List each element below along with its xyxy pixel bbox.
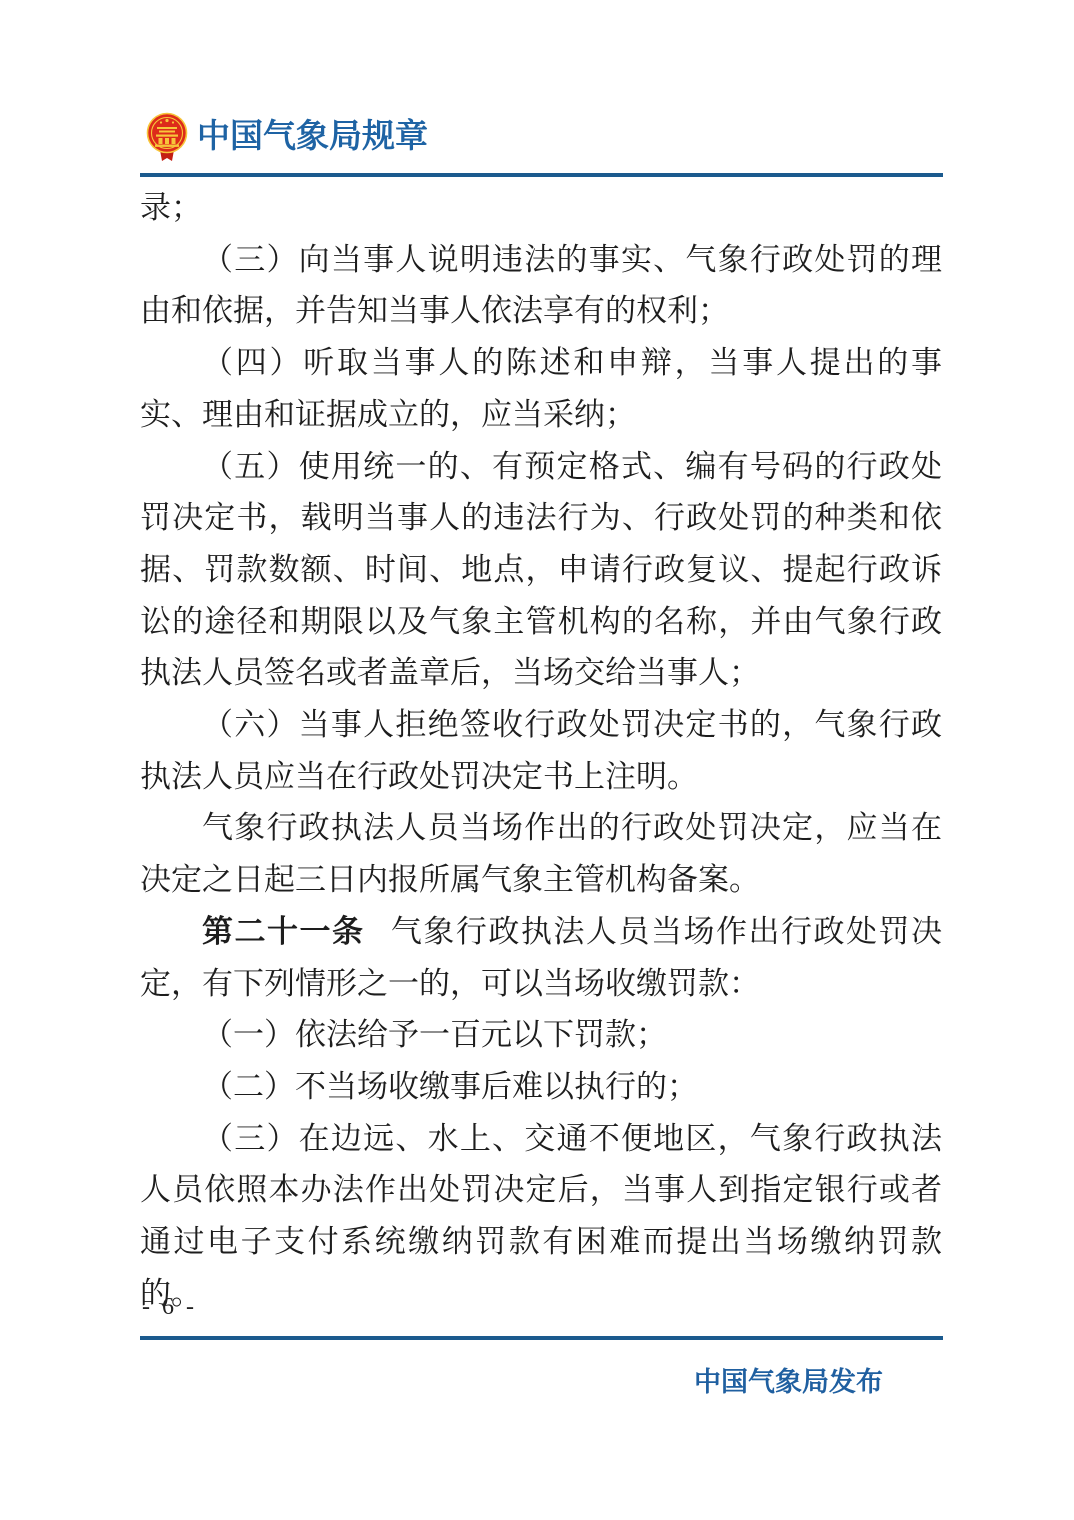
paragraph: （四）听取当事人的陈述和申辩，当事人提出的事实、理由和证据成立的，应当采纳；: [140, 337, 942, 440]
document-body: 录；（三）向当事人说明违法的事实、气象行政处罚的理由和依据，并告知当事人依法享有…: [140, 182, 942, 1319]
paragraph: 气象行政执法人员当场作出的行政处罚决定，应当在决定之日起三日内报所属气象主管机构…: [140, 802, 942, 905]
page-title: 中国气象局规章: [197, 112, 428, 162]
document-page: 中国气象局规章 录；（三）向当事人说明违法的事实、气象行政处罚的理由和依据，并告…: [0, 0, 1074, 1520]
paragraph: 录；: [140, 182, 942, 234]
paragraph: （二）不当场收缴事后难以执行的；: [140, 1061, 942, 1113]
article-number: 第二十一条: [202, 914, 365, 949]
footer-divider: [140, 1336, 943, 1340]
paragraph: （六）当事人拒绝签收行政处罚决定书的，气象行政执法人员应当在行政处罚决定书上注明…: [140, 699, 942, 802]
page-header: 中国气象局规章: [146, 112, 428, 162]
paragraph: （五）使用统一的、有预定格式、编有号码的行政处罚决定书，载明当事人的违法行为、行…: [140, 441, 942, 700]
paragraph: 第二十一条气象行政执法人员当场作出行政处罚决定，有下列情形之一的，可以当场收缴罚…: [140, 906, 942, 1009]
header-divider: [140, 173, 943, 177]
paragraph: （三）在边远、水上、交通不便地区，气象行政执法人员依照本办法作出处罚决定后，当事…: [140, 1113, 942, 1320]
paragraph: （三）向当事人说明违法的事实、气象行政处罚的理由和依据，并告知当事人依法享有的权…: [140, 234, 942, 337]
paragraph: （一）依法给予一百元以下罚款；: [140, 1009, 942, 1061]
page-number: - 6 -: [142, 1294, 197, 1321]
publisher-label: 中国气象局发布: [694, 1360, 883, 1399]
national-emblem-icon: [146, 112, 188, 162]
